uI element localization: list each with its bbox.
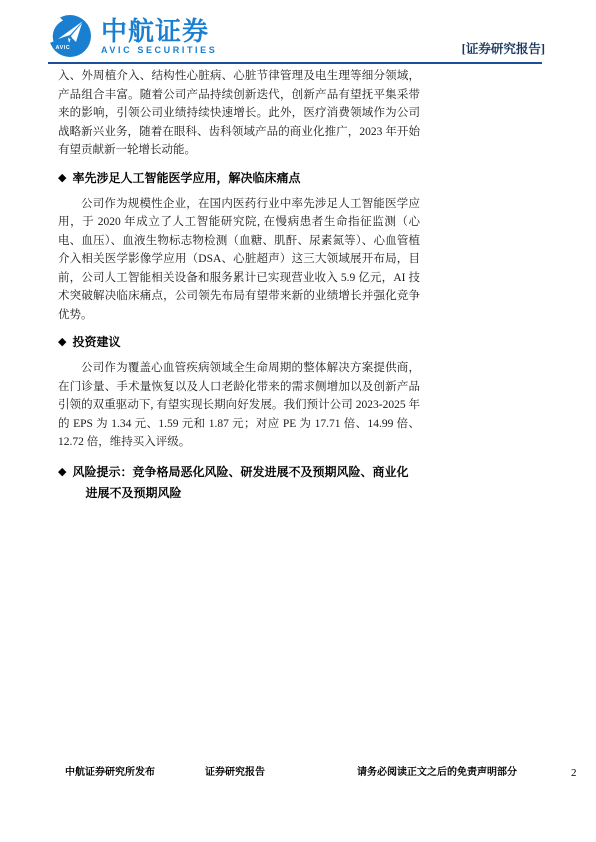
- diamond-bullet-icon: ◆: [58, 333, 66, 351]
- footer-disclaimer: 请务必阅读正文之后的免责声明部分: [357, 766, 517, 779]
- paragraph-continuation: 入、外周植介入、结构性心脏病、心脏节律管理及电生理等细分领域，产品组合丰富。随着…: [58, 67, 420, 160]
- footer-publisher: 中航证券研究所发布: [65, 766, 155, 779]
- header-divider: [48, 62, 542, 64]
- report-body: 入、外周植介入、结构性心脏病、心脏节律管理及电生理等细分领域，产品组合丰富。随着…: [58, 67, 420, 504]
- brand-text: 中航证券 AVIC SECURITIES: [101, 17, 217, 56]
- diamond-bullet-icon: ◆: [58, 169, 66, 187]
- risk-heading-label: 风险提示：竞争格局恶化风险、研发进展不及预期风险、商业化进展不及预期风险: [72, 462, 420, 504]
- section-heading-ai-label: 率先涉足人工智能医学应用，解决临床痛点: [72, 169, 300, 187]
- avic-badge-text: AVIC: [56, 45, 71, 51]
- section-heading-investment: ◆ 投资建议: [58, 333, 420, 351]
- avic-logo-icon: AVIC: [48, 14, 94, 58]
- risk-heading: ◆ 风险提示：竞争格局恶化风险、研发进展不及预期风险、商业化进展不及预期风险: [58, 462, 420, 504]
- section-paragraph-investment: 公司作为覆盖心血管疾病领域全生命周期的整体解决方案提供商，在门诊量、手术量恢复以…: [58, 359, 420, 452]
- section-heading-ai: ◆ 率先涉足人工智能医学应用，解决临床痛点: [58, 169, 420, 187]
- diamond-bullet-icon: ◆: [58, 462, 66, 504]
- report-tag: [证券研究报告]: [462, 39, 545, 57]
- section-heading-investment-label: 投资建议: [72, 333, 120, 351]
- page-number: 2: [571, 767, 577, 779]
- footer-report-type: 证券研究报告: [205, 766, 265, 779]
- section-paragraph-ai: 公司作为规模性企业，在国内医药行业中率先涉足人工智能医学应用，于 2020 年成…: [58, 195, 420, 325]
- report-page: AVIC 中航证券 AVIC SECURITIES [证券研究报告] 入、外周植…: [0, 0, 596, 842]
- brand-name-cn: 中航证券: [101, 17, 217, 45]
- brand-name-en: AVIC SECURITIES: [101, 45, 217, 56]
- brand-logo: AVIC 中航证券 AVIC SECURITIES: [48, 14, 217, 58]
